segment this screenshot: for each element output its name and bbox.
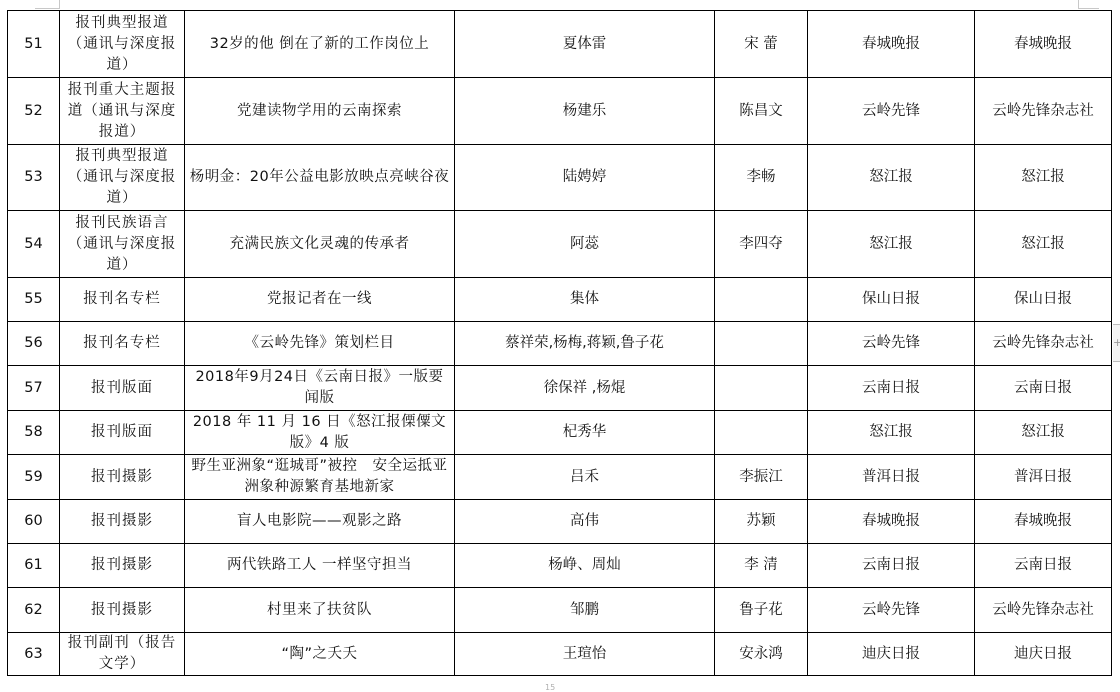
cell-unit: 春城晚报 — [975, 11, 1112, 78]
cell-unit: 怒江报 — [975, 411, 1112, 455]
cell-publication: 云岭先锋 — [808, 588, 975, 633]
cell-unit: 春城晚报 — [975, 500, 1112, 544]
cell-number: 56 — [8, 322, 60, 366]
cell-title: 杨明金：20年公益电影放映点亮峡谷夜 — [185, 145, 455, 211]
cell-publication: 迪庆日报 — [808, 633, 975, 676]
awards-table: 51报刊典型报道（通讯与深度报道）32岁的他 倒在了新的工作岗位上夏体雷宋 蕾春… — [7, 10, 1112, 676]
cell-publication: 云南日报 — [808, 366, 975, 411]
cell-author: 夏体雷 — [455, 11, 715, 78]
table-row: 59报刊摄影野生亚洲象“逛城哥”被控 安全运抵亚洲象种源繁育基地新家吕禾李振江普… — [8, 455, 1112, 500]
cell-unit: 普洱日报 — [975, 455, 1112, 500]
table-row: 52报刊重大主题报道（通讯与深度报道）党建读物学用的云南探索杨建乐陈昌文云岭先锋… — [8, 78, 1112, 145]
cell-number: 62 — [8, 588, 60, 633]
cell-editor — [715, 411, 808, 455]
page-number: 15 — [545, 684, 555, 692]
cell-unit: 云岭先锋杂志社 — [975, 78, 1112, 145]
cell-title: 2018 年 11 月 16 日《怒江报傈僳文版》4 版 — [185, 411, 455, 455]
cell-number: 63 — [8, 633, 60, 676]
cell-editor: 李四夺 — [715, 211, 808, 278]
cell-author: 陆娉婷 — [455, 145, 715, 211]
cell-title: “陶”之夭夭 — [185, 633, 455, 676]
cell-publication: 春城晚报 — [808, 500, 975, 544]
table-row: 58报刊版面2018 年 11 月 16 日《怒江报傈僳文版》4 版杞秀华怒江报… — [8, 411, 1112, 455]
cell-title: 两代铁路工人 一样坚守担当 — [185, 544, 455, 588]
cell-title: 盲人电影院——观影之路 — [185, 500, 455, 544]
cell-number: 52 — [8, 78, 60, 145]
cell-editor — [715, 278, 808, 322]
cell-editor: 安永鸿 — [715, 633, 808, 676]
table-row: 53报刊典型报道（通讯与深度报道）杨明金：20年公益电影放映点亮峡谷夜陆娉婷李畅… — [8, 145, 1112, 211]
table-row: 60报刊摄影盲人电影院——观影之路高伟苏颖春城晚报春城晚报 — [8, 500, 1112, 544]
cell-number: 53 — [8, 145, 60, 211]
cell-author: 吕禾 — [455, 455, 715, 500]
cell-editor — [715, 366, 808, 411]
cell-editor: 李畅 — [715, 145, 808, 211]
cell-category: 报刊重大主题报道（通讯与深度报道） — [60, 78, 185, 145]
cell-unit: 保山日报 — [975, 278, 1112, 322]
cell-publication: 保山日报 — [808, 278, 975, 322]
cell-number: 61 — [8, 544, 60, 588]
cell-author: 蔡祥荣,杨梅,蒋颖,鲁子花 — [455, 322, 715, 366]
table-body: 51报刊典型报道（通讯与深度报道）32岁的他 倒在了新的工作岗位上夏体雷宋 蕾春… — [8, 11, 1112, 676]
cell-number: 58 — [8, 411, 60, 455]
cell-publication: 怒江报 — [808, 145, 975, 211]
cell-category: 报刊名专栏 — [60, 278, 185, 322]
cell-category: 报刊版面 — [60, 366, 185, 411]
cell-editor — [715, 322, 808, 366]
cell-unit: 云岭先锋杂志社 — [975, 322, 1112, 366]
cell-title: 党报记者在一线 — [185, 278, 455, 322]
cell-editor: 李 清 — [715, 544, 808, 588]
table-row: 57报刊版面2018年9月24日《云南日报》一版要闻版徐保祥 ,杨焜云南日报云南… — [8, 366, 1112, 411]
cell-unit: 云南日报 — [975, 544, 1112, 588]
cell-author: 阿蕊 — [455, 211, 715, 278]
cell-publication: 云岭先锋 — [808, 322, 975, 366]
cell-category: 报刊版面 — [60, 411, 185, 455]
cell-author: 杨建乐 — [455, 78, 715, 145]
cell-number: 60 — [8, 500, 60, 544]
table-row: 63报刊副刊（报告文学）“陶”之夭夭王瑄怡安永鸿迪庆日报迪庆日报 — [8, 633, 1112, 676]
cell-category: 报刊典型报道（通讯与深度报道） — [60, 11, 185, 78]
cell-publication: 普洱日报 — [808, 455, 975, 500]
cell-author: 集体 — [455, 278, 715, 322]
cell-category: 报刊典型报道（通讯与深度报道） — [60, 145, 185, 211]
cell-editor: 鲁子花 — [715, 588, 808, 633]
page-corner-mark-left — [35, 0, 60, 9]
cell-category: 报刊摄影 — [60, 500, 185, 544]
cell-number: 54 — [8, 211, 60, 278]
cell-category: 报刊摄影 — [60, 588, 185, 633]
cell-author: 高伟 — [455, 500, 715, 544]
cell-publication: 云岭先锋 — [808, 78, 975, 145]
add-row-handle[interactable]: + — [1113, 324, 1120, 362]
table-row: 61报刊摄影两代铁路工人 一样坚守担当杨峥、周灿李 清云南日报云南日报 — [8, 544, 1112, 588]
cell-author: 徐保祥 ,杨焜 — [455, 366, 715, 411]
cell-category: 报刊摄影 — [60, 455, 185, 500]
plus-icon: + — [1113, 336, 1120, 349]
cell-unit: 云岭先锋杂志社 — [975, 588, 1112, 633]
cell-editor: 陈昌文 — [715, 78, 808, 145]
cell-editor: 李振江 — [715, 455, 808, 500]
cell-category: 报刊名专栏 — [60, 322, 185, 366]
cell-author: 王瑄怡 — [455, 633, 715, 676]
cell-category: 报刊民族语言（通讯与深度报道） — [60, 211, 185, 278]
table-row: 55报刊名专栏党报记者在一线集体保山日报保山日报 — [8, 278, 1112, 322]
cell-title: 村里来了扶贫队 — [185, 588, 455, 633]
cell-publication: 春城晚报 — [808, 11, 975, 78]
cell-author: 杨峥、周灿 — [455, 544, 715, 588]
page-corner-mark-right — [1078, 0, 1099, 9]
cell-unit: 怒江报 — [975, 145, 1112, 211]
cell-title: 党建读物学用的云南探索 — [185, 78, 455, 145]
cell-editor: 宋 蕾 — [715, 11, 808, 78]
cell-number: 51 — [8, 11, 60, 78]
cell-unit: 云南日报 — [975, 366, 1112, 411]
table-row: 62报刊摄影村里来了扶贫队邹鹏鲁子花云岭先锋云岭先锋杂志社 — [8, 588, 1112, 633]
cell-publication: 云南日报 — [808, 544, 975, 588]
cell-number: 59 — [8, 455, 60, 500]
cell-number: 55 — [8, 278, 60, 322]
cell-unit: 迪庆日报 — [975, 633, 1112, 676]
cell-author: 邹鹏 — [455, 588, 715, 633]
cell-category: 报刊摄影 — [60, 544, 185, 588]
cell-publication: 怒江报 — [808, 411, 975, 455]
cell-publication: 怒江报 — [808, 211, 975, 278]
cell-title: 32岁的他 倒在了新的工作岗位上 — [185, 11, 455, 78]
cell-unit: 怒江报 — [975, 211, 1112, 278]
table-row: 56报刊名专栏《云岭先锋》策划栏目蔡祥荣,杨梅,蒋颖,鲁子花云岭先锋云岭先锋杂志… — [8, 322, 1112, 366]
cell-title: 《云岭先锋》策划栏目 — [185, 322, 455, 366]
cell-editor: 苏颖 — [715, 500, 808, 544]
cell-title: 野生亚洲象“逛城哥”被控 安全运抵亚洲象种源繁育基地新家 — [185, 455, 455, 500]
cell-number: 57 — [8, 366, 60, 411]
cell-title: 2018年9月24日《云南日报》一版要闻版 — [185, 366, 455, 411]
cell-category: 报刊副刊（报告文学） — [60, 633, 185, 676]
cell-title: 充满民族文化灵魂的传承者 — [185, 211, 455, 278]
table-row: 51报刊典型报道（通讯与深度报道）32岁的他 倒在了新的工作岗位上夏体雷宋 蕾春… — [8, 11, 1112, 78]
table-row: 54报刊民族语言（通讯与深度报道）充满民族文化灵魂的传承者阿蕊李四夺怒江报怒江报 — [8, 211, 1112, 278]
cell-author: 杞秀华 — [455, 411, 715, 455]
